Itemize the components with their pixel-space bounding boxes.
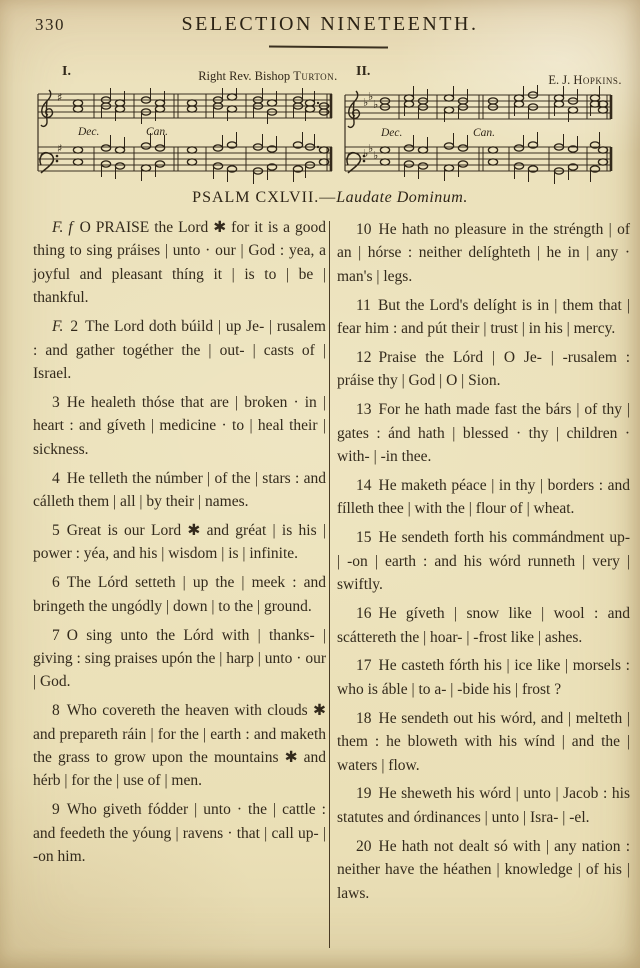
bass-clef-icon	[40, 153, 58, 173]
left-text-column: F. fO PRAISE the Lord ✱ for it is a good…	[33, 216, 326, 874]
verse-text: He sendeth forth his commándment up- | -…	[337, 529, 630, 593]
title-rule	[269, 45, 388, 48]
verse-text: The Lórd setteth | up the | meek : and b…	[33, 574, 326, 614]
psalm-verse: 10He hath no pleasure in the stréngth | …	[337, 218, 630, 288]
psalm-verse: 7O sing unto the Lórd with | thanks- | g…	[33, 624, 326, 694]
psalm-verse: 20He hath not dealt só with | any nation…	[337, 835, 630, 905]
psalm-verse: 18He sendeth out his wórd, and | melteth…	[337, 707, 630, 777]
psalm-latin-title: Laudate Dominum.	[336, 189, 468, 206]
psalm-number: PSALM CXLVII.	[192, 189, 319, 206]
verse-number: 15	[356, 529, 372, 546]
psalm-verse: 8Who covereth the heaven with clouds ✱ a…	[33, 699, 326, 793]
verse-text: He casteth fórth his | ice like | morsel…	[337, 657, 630, 697]
hymnal-page: 330 SELECTION NINETEENTH. I. Right Rev. …	[0, 0, 640, 968]
verse-text: Great is our Lord ✱ and gréat | is his |…	[33, 522, 326, 562]
chant-two-score: ♭ ♭ ♭ ♭ ♭ ♭	[341, 85, 615, 185]
treble-notes	[380, 85, 607, 122]
verse-text: Praise the Lórd | O Je- | -rusalem : prá…	[337, 349, 630, 389]
bass-notes	[73, 132, 328, 184]
verse-number: 10	[356, 221, 372, 238]
psalm-verse: 9Who giveth fódder | unto · the | cattle…	[33, 798, 326, 868]
psalm-verse: 16He gíveth | snow like | wool : and scá…	[337, 602, 630, 649]
verse-number: 19	[356, 785, 372, 802]
psalm-verse: 14He maketh péace | in thy | borders : a…	[337, 474, 630, 521]
treble-clef-icon	[41, 90, 52, 126]
verse-number: 14	[356, 477, 372, 494]
verse-text: Who covereth the heaven with clouds ✱ an…	[33, 702, 326, 789]
composer-prefix: Right Rev. Bishop	[198, 69, 293, 83]
bass-notes	[380, 132, 607, 184]
flat-icon: ♭	[373, 149, 378, 162]
psalm-verse: F. fO PRAISE the Lord ✱ for it is a good…	[33, 216, 326, 310]
verse-number: 9	[52, 801, 60, 818]
composer-name: Turton.	[293, 69, 338, 83]
chant-one-numeral: I.	[62, 64, 71, 80]
verse-number: 20	[356, 838, 372, 855]
decani-label: Dec.	[77, 126, 99, 138]
verse-number: 12	[356, 349, 372, 366]
verse-number: 16	[356, 605, 372, 622]
cantoris-label: Can.	[473, 127, 495, 139]
psalm-verse: 17He casteth fórth his | ice like | mors…	[337, 654, 630, 701]
psalm-verse: 11But the Lord's delíght is in | them th…	[337, 294, 630, 341]
heading-dash: —	[319, 189, 336, 206]
verse-number: 5	[52, 522, 60, 539]
verse-number: 11	[356, 297, 371, 314]
page-title: SELECTION NINETEENTH.	[30, 13, 630, 36]
verse-lead: F.	[52, 318, 63, 335]
chant-two-numeral: II.	[356, 64, 370, 80]
verse-number: 7	[52, 627, 60, 644]
verse-lead: F. f	[52, 219, 73, 236]
psalm-verse: 6The Lórd setteth | up the | meek : and …	[33, 571, 326, 618]
treble-clef-icon	[348, 91, 359, 127]
sharp-icon: ♯	[57, 142, 62, 155]
verse-text: He healeth thóse that are | broken · in …	[33, 394, 326, 458]
sharp-icon: ♯	[57, 91, 62, 104]
psalm-verse: 13For he hath made fast the bárs | of th…	[337, 398, 630, 468]
verse-number: 17	[356, 657, 372, 674]
psalm-verse: 3He healeth thóse that are | broken · in…	[33, 391, 326, 461]
chant-one-score: ♯ ♯	[34, 88, 336, 188]
psalm-verse: F.2The Lord doth búild | up Je- | rusale…	[33, 315, 326, 385]
verse-text: He maketh péace | in thy | borders : and…	[337, 477, 630, 517]
verse-number: 2	[70, 318, 78, 335]
verse-text: But the Lord's delíght is in | them that…	[337, 297, 630, 337]
flat-icon: ♭	[373, 98, 378, 111]
column-divider	[329, 221, 330, 948]
verse-text: He hath no pleasure in the stréngth | of…	[337, 221, 630, 285]
verse-number: 8	[52, 702, 60, 719]
verse-text: O PRAISE the Lord ✱ for it is a good thi…	[33, 219, 326, 306]
verse-text: He telleth the númber | of the | stars :…	[33, 470, 326, 510]
verse-number: 6	[52, 574, 60, 591]
cantoris-label: Can.	[146, 126, 168, 138]
verse-text: He sheweth his wórd | unto | Jacob : his…	[337, 785, 630, 825]
verse-text: He hath not dealt só with | any nation :…	[337, 838, 630, 902]
verse-number: 4	[52, 470, 60, 487]
verse-text: Who giveth fódder | unto · the | cattle …	[33, 801, 326, 865]
verse-text: For he hath made fast the bárs | of thy …	[337, 401, 630, 465]
psalm-verse: 4He telleth the númber | of the | stars …	[33, 467, 326, 514]
verse-text: O sing unto the Lórd with | thanks- | gi…	[33, 627, 326, 691]
verse-number: 3	[52, 394, 60, 411]
barlines	[399, 95, 611, 171]
verse-text: He sendeth out his wórd, and | melteth |…	[337, 710, 630, 774]
verse-number: 18	[356, 710, 372, 727]
verse-number: 13	[356, 401, 372, 418]
decani-label: Dec.	[380, 127, 402, 139]
psalm-verse: 5Great is our Lord ✱ and gréat | is his …	[33, 519, 326, 566]
right-text-column: 10He hath no pleasure in the stréngth | …	[337, 218, 630, 910]
psalm-verse: 15He sendeth forth his commándment up- |…	[337, 526, 630, 596]
psalm-verse: 19He sheweth his wórd | unto | Jacob : h…	[337, 782, 630, 829]
psalm-verse: 12Praise the Lórd | O Je- | -rusalem : p…	[337, 346, 630, 393]
psalm-heading: PSALM CXLVII.—Laudate Dominum.	[30, 189, 630, 207]
verse-text: He gíveth | snow like | wool : and scátt…	[337, 605, 630, 645]
